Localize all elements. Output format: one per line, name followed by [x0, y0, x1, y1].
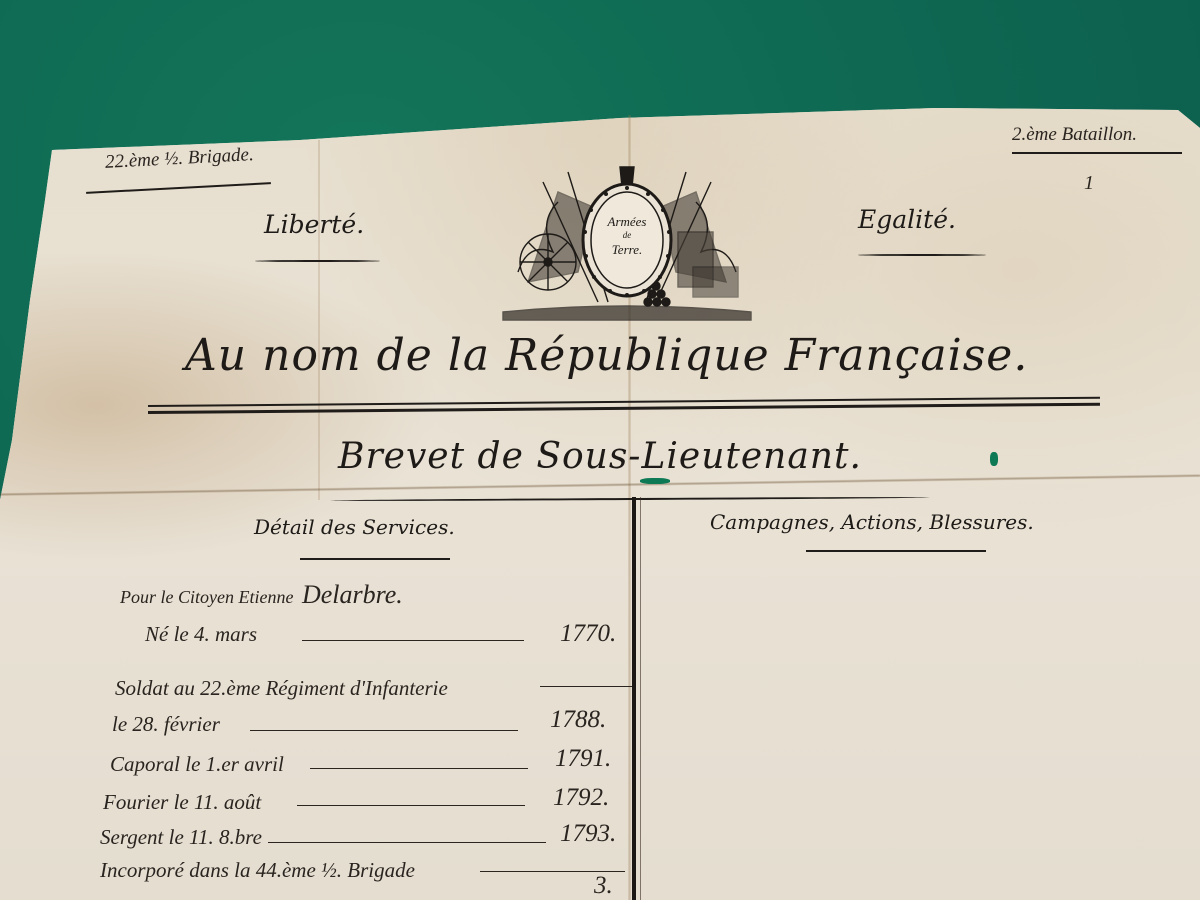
green-stain	[640, 478, 670, 484]
holder-name-prefix: Pour le Citoyen Etienne	[120, 587, 293, 607]
campaigns-column-header: Campagnes, Actions, Blessures.	[710, 510, 1034, 534]
fill-line	[310, 768, 528, 769]
emblem-text-line2: de	[498, 230, 756, 240]
entry-corporal-year: 1791.	[555, 745, 611, 773]
military-trophy-emblem: Armées de Terre.	[498, 162, 756, 322]
column-divider	[632, 497, 636, 900]
entry-soldier-date: le 28. février	[112, 712, 220, 737]
entry-soldier-year: 1788.	[550, 706, 606, 734]
campaigns-header-underline	[806, 550, 986, 552]
document-heading: Au nom de la République Française.	[185, 330, 1028, 381]
battalion-label: 2.ème Bataillon.	[1012, 124, 1137, 146]
entry-incorporated: Incorporé dans la 44.ème ½. Brigade	[100, 858, 415, 883]
fill-line	[297, 805, 525, 806]
entry-incorporated-year: 3.	[594, 872, 613, 900]
green-stain	[990, 452, 998, 466]
fill-line	[268, 842, 546, 843]
entry-fourier-year: 1792.	[553, 784, 609, 812]
battalion-underline	[1012, 152, 1182, 154]
fill-line	[302, 640, 524, 641]
emblem-text-line3: Terre.	[498, 242, 756, 258]
page-number: 1	[1084, 172, 1094, 195]
entry-birth-year: 1770.	[560, 620, 616, 648]
services-header-underline	[300, 558, 450, 560]
entry-fourier: Fourier le 11. août	[103, 790, 261, 815]
holder-prefix: Pour le Citoyen Etienne Delarbre.	[120, 580, 403, 610]
document-title: Brevet de Sous-Lieutenant.	[338, 436, 862, 477]
entry-soldier: Soldat au 22.ème Régiment d'Infanterie	[115, 676, 448, 701]
motto-egalite: Egalité.	[858, 205, 956, 234]
fill-line	[250, 730, 518, 731]
motto-liberte-underline	[255, 260, 380, 262]
holder-surname: Delarbre.	[302, 580, 403, 609]
emblem-text-line1: Armées	[498, 214, 756, 230]
fill-line	[540, 686, 632, 687]
column-divider-thin	[640, 497, 641, 900]
entry-sergeant: Sergent le 11. 8.bre	[100, 825, 262, 850]
motto-egalite-underline	[858, 254, 986, 256]
entry-sergeant-year: 1793.	[560, 820, 616, 848]
entry-birth: Né le 4. mars	[145, 622, 257, 647]
entry-corporal: Caporal le 1.er avril	[110, 752, 284, 777]
services-column-header: Détail des Services.	[254, 515, 455, 539]
left-fold-crease	[318, 140, 320, 500]
motto-liberte: Liberté.	[264, 210, 364, 239]
